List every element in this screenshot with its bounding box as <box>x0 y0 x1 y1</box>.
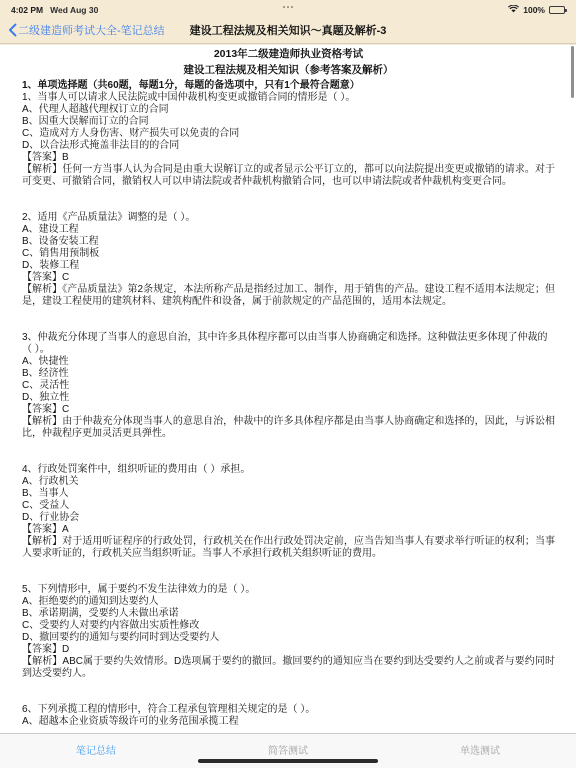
status-left: 4:02 PM Wed Aug 30 <box>11 5 98 15</box>
analysis-line: 【解析】对于适用听证程序的行政处罚，行政机关在作出行政处罚决定前，应当告知当事人… <box>22 536 555 560</box>
question-option: B、承诺期满，受要约人未做出承诺 <box>22 608 555 620</box>
question-option: A、超越本企业资质等级许可的业务范围承揽工程 <box>22 716 555 728</box>
scrollbar[interactable] <box>571 46 574 98</box>
question-stem: 6、下列承揽工程的情形中，符合工程承包管理相关规定的是（ ）。 <box>22 704 555 716</box>
home-indicator[interactable] <box>198 759 378 763</box>
question-option: C、灵活性 <box>22 380 555 392</box>
analysis-line: 【解析】任何一方当事人认为合同是由重大误解订立的或者显示公平订立的，都可以向法院… <box>22 164 555 188</box>
status-bar: 4:02 PM Wed Aug 30 100% <box>0 0 576 17</box>
question-stem: 4、行政处罚案件中，组织听证的费用由（ ）承担。 <box>22 464 555 476</box>
question-stem: 1、当事人可以请求人民法院或中国仲裁机构变更或撤销合同的情形是（ ）。 <box>22 92 555 104</box>
tab-notes-summary[interactable]: 笔记总结 <box>0 734 192 768</box>
question-stem: 5、下列情形中，属于要约不发生法律效力的是（ ）。 <box>22 584 555 596</box>
battery-icon <box>549 6 565 14</box>
document-title: 2013年二级建造师执业资格考试 <box>22 48 555 60</box>
question-option: B、经济性 <box>22 368 555 380</box>
analysis-line: 【解析】由于仲裁充分体现当事人的意思自治，仲裁中的许多具体程序都是由当事人协商确… <box>22 416 555 440</box>
status-right: 100% <box>508 5 565 15</box>
question-block-3: 3、仲裁充分体现了当事人的意思自治，其中许多具体程序都可以由当事人协商确定和选择… <box>22 332 555 440</box>
tab-single-choice-test[interactable]: 单选测试 <box>384 734 576 768</box>
battery-percent: 100% <box>523 5 545 15</box>
multitasking-dots-icon[interactable] <box>283 6 293 8</box>
question-option: A、行政机关 <box>22 476 555 488</box>
document-subtitle: 建设工程法规及相关知识（参考答案及解析） <box>22 64 555 76</box>
question-stem: 3、仲裁充分体现了当事人的意思自治，其中许多具体程序都可以由当事人协商确定和选择… <box>22 332 555 356</box>
question-block-1: 1、当事人可以请求人民法院或中国仲裁机构变更或撤销合同的情形是（ ）。 A、代理… <box>22 92 555 188</box>
question-option: D、撤回要约的通知与要约同时到达受要约人 <box>22 632 555 644</box>
question-option: B、当事人 <box>22 488 555 500</box>
back-button[interactable]: 二级建造师考试大全-笔记总结 <box>8 22 165 38</box>
analysis-line: 【解析】《产品质量法》第2条规定，本法所称产品是指经过加工、制作，用于销售的产品… <box>22 284 555 308</box>
question-option: B、设备安装工程 <box>22 236 555 248</box>
question-block-6: 6、下列承揽工程的情形中，符合工程承包管理相关规定的是（ ）。 A、超越本企业资… <box>22 704 555 728</box>
answer-line: 【答案】C <box>22 404 555 416</box>
answer-line: 【答案】D <box>22 644 555 656</box>
question-option: D、行业协会 <box>22 512 555 524</box>
question-option: A、快捷性 <box>22 356 555 368</box>
question-option: C、受要约人对要约内容做出实质性修改 <box>22 620 555 632</box>
answer-line: 【答案】C <box>22 272 555 284</box>
back-button-label: 二级建造师考试大全-笔记总结 <box>18 22 165 38</box>
question-option: D、独立性 <box>22 392 555 404</box>
question-option: B、因重大误解而订立的合同 <box>22 116 555 128</box>
analysis-line: 【解析】ABC属于要约失效情形。D选项属于要约的撤回。撤回要约的通知应当在要约到… <box>22 656 555 680</box>
question-option: C、受益人 <box>22 500 555 512</box>
question-option: A、建设工程 <box>22 224 555 236</box>
question-stem: 2、适用《产品质量法》调整的是（ ）。 <box>22 212 555 224</box>
clock: 4:02 PM <box>11 5 43 15</box>
question-option: D、装修工程 <box>22 260 555 272</box>
answer-line: 【答案】B <box>22 152 555 164</box>
question-block-2: 2、适用《产品质量法》调整的是（ ）。 A、建设工程 B、设备安装工程 C、销售… <box>22 212 555 308</box>
question-option: A、拒绝要约的通知到达要约人 <box>22 596 555 608</box>
wifi-icon <box>508 5 519 15</box>
question-option: C、销售用预制板 <box>22 248 555 260</box>
date: Wed Aug 30 <box>50 5 98 15</box>
question-option: A、代理人超越代理权订立的合同 <box>22 104 555 116</box>
question-option: C、造成对方人身伤害、财产损失可以免责的合同 <box>22 128 555 140</box>
question-block-4: 4、行政处罚案件中，组织听证的费用由（ ）承担。 A、行政机关 B、当事人 C、… <box>22 464 555 560</box>
question-block-5: 5、下列情形中，属于要约不发生法律效力的是（ ）。 A、拒绝要约的通知到达要约人… <box>22 584 555 680</box>
question-option: D、以合法形式掩盖非法目的的合同 <box>22 140 555 152</box>
navigation-bar: 建设工程法规及相关知识～真题及解析-3 二级建造师考试大全-笔记总结 <box>0 17 576 44</box>
document-view[interactable]: 2013年二级建造师执业资格考试 建设工程法规及相关知识（参考答案及解析） 1、… <box>0 45 576 768</box>
section-header: 1、单项选择题（共60题，每题1分，每题的备选项中，只有1个最符合题意） <box>22 80 555 92</box>
app-screen: 4:02 PM Wed Aug 30 100% 建设工程法规及相关知识～真题及解… <box>0 0 576 768</box>
answer-line: 【答案】A <box>22 524 555 536</box>
chevron-left-icon <box>8 23 17 37</box>
